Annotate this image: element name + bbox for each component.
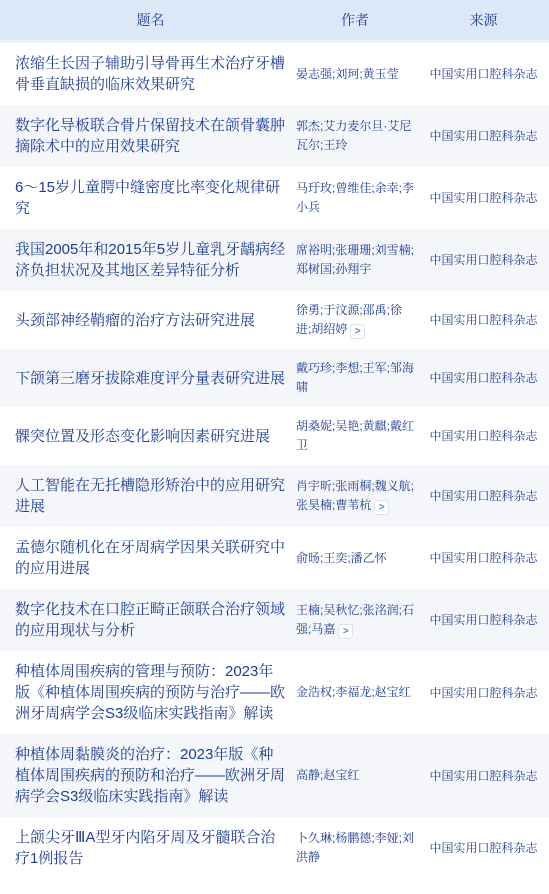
authors-text: 席裕明;张珊珊;刘雪楠;郑树国;孙翔宇: [296, 243, 414, 276]
source-link[interactable]: 中国实用口腔科杂志: [429, 253, 537, 267]
authors-text: 高静;赵宝红: [296, 768, 359, 782]
source-cell: 中国实用口腔科杂志: [418, 487, 549, 505]
authors-cell: 胡桑妮;吴艳;黄麒;戴红卫: [296, 417, 418, 455]
source-cell: 中国实用口腔科杂志: [418, 251, 549, 269]
article-title-link[interactable]: 髁突位置及形态变化影响因素研究进展: [15, 426, 286, 447]
source-link[interactable]: 中国实用口腔科杂志: [429, 429, 537, 443]
source-cell: 中国实用口腔科杂志: [418, 369, 549, 387]
authors-text: 金浩权;李福龙;赵宝红: [296, 685, 411, 699]
title-cell: 上颌尖牙ⅢA型牙内陷牙周及牙髓联合治疗1例报告: [0, 827, 296, 869]
article-title-link[interactable]: 我国2005年和2015年5岁儿童乳牙龋病经济负担状况及其地区差异特征分析: [15, 239, 286, 281]
source-cell: 中国实用口腔科杂志: [418, 65, 549, 83]
source-cell: 中国实用口腔科杂志: [418, 189, 549, 207]
title-cell: 浓缩生长因子辅助引导骨再生术治疗牙槽骨垂直缺损的临床效果研究: [0, 53, 296, 95]
source-cell: 中国实用口腔科杂志: [418, 684, 549, 702]
authors-cell: 高静;赵宝红: [296, 766, 418, 785]
title-cell: 髁突位置及形态变化影响因素研究进展: [0, 426, 296, 447]
source-link[interactable]: 中国实用口腔科杂志: [429, 613, 537, 627]
title-cell: 种植体周黏膜炎的治疗：2023年版《种植体周围疾病的预防和治疗——欧洲牙周病学会…: [0, 744, 296, 807]
source-link[interactable]: 中国实用口腔科杂志: [429, 371, 537, 385]
table-row: 髁突位置及形态变化影响因素研究进展 胡桑妮;吴艳;黄麒;戴红卫 中国实用口腔科杂…: [0, 407, 549, 465]
authors-cell: 卜久琳;杨鹏德;李娅;刘洪静: [296, 829, 418, 867]
article-title-link[interactable]: 头颈部神经鞘瘤的治疗方法研究进展: [15, 310, 286, 331]
authors-text: 郭杰;艾力麦尔旦·艾尼瓦尔;王玲: [296, 119, 411, 152]
authors-text: 马玗玫;曾维佳;余幸;李小兵: [296, 181, 414, 214]
title-cell: 种植体周围疾病的管理与预防：2023年版《种植体周围疾病的预防与治疗——欧洲牙周…: [0, 661, 296, 724]
authors-text: 肖宇昕;张雨桐;魏义航;张昊楠;曹苇杭: [296, 479, 414, 512]
expand-authors-icon[interactable]: >: [374, 500, 389, 515]
title-cell: 孟德尔随机化在牙周病学因果关联研究中的应用进展: [0, 537, 296, 579]
source-cell: 中国实用口腔科杂志: [418, 549, 549, 567]
authors-cell: 俞旸;王奕;潘乙怀: [296, 549, 418, 568]
article-title-link[interactable]: 下颌第三磨牙拔除难度评分量表研究进展: [15, 368, 286, 389]
table-row: 下颌第三磨牙拔除难度评分量表研究进展 戴巧珍;李想;王军;邹海啸 中国实用口腔科…: [0, 349, 549, 407]
table-row: 孟德尔随机化在牙周病学因果关联研究中的应用进展 俞旸;王奕;潘乙怀 中国实用口腔…: [0, 527, 549, 589]
authors-cell: 郭杰;艾力麦尔旦·艾尼瓦尔;王玲: [296, 117, 418, 155]
title-cell: 头颈部神经鞘瘤的治疗方法研究进展: [0, 310, 296, 331]
title-cell: 6～15岁儿童腭中缝密度比率变化规律研究: [0, 177, 296, 219]
table-header: 题名 作者 来源: [0, 0, 549, 43]
source-cell: 中国实用口腔科杂志: [418, 767, 549, 785]
article-title-link[interactable]: 种植体周围疾病的管理与预防：2023年版《种植体周围疾病的预防与治疗——欧洲牙周…: [15, 661, 286, 724]
source-cell: 中国实用口腔科杂志: [418, 127, 549, 145]
source-link[interactable]: 中国实用口腔科杂志: [429, 686, 537, 700]
header-authors: 作者: [296, 10, 418, 30]
table-row: 浓缩生长因子辅助引导骨再生术治疗牙槽骨垂直缺损的临床效果研究 晏志强;刘珂;黄玉…: [0, 43, 549, 105]
header-title: 题名: [0, 10, 296, 30]
article-title-link[interactable]: 数字化导板联合骨片保留技术在颌骨囊肿摘除术中的应用效果研究: [15, 115, 286, 157]
authors-cell: 戴巧珍;李想;王军;邹海啸: [296, 359, 418, 397]
authors-text: 胡桑妮;吴艳;黄麒;戴红卫: [296, 419, 414, 452]
article-title-link[interactable]: 数字化技术在口腔正畸正颌联合治疗领域的应用现状与分析: [15, 599, 286, 641]
table-row: 数字化技术在口腔正畸正颌联合治疗领域的应用现状与分析 王楠;吴秋忆;张洺润;石强…: [0, 589, 549, 651]
authors-cell: 徐勇;于汶源;邵禹;徐进;胡绍婷>: [296, 301, 418, 339]
source-cell: 中国实用口腔科杂志: [418, 611, 549, 629]
title-cell: 下颌第三磨牙拔除难度评分量表研究进展: [0, 368, 296, 389]
source-link[interactable]: 中国实用口腔科杂志: [429, 841, 537, 855]
authors-cell: 马玗玫;曾维佳;余幸;李小兵: [296, 179, 418, 217]
authors-cell: 席裕明;张珊珊;刘雪楠;郑树国;孙翔宇: [296, 241, 418, 279]
source-cell: 中国实用口腔科杂志: [418, 311, 549, 329]
source-cell: 中国实用口腔科杂志: [418, 839, 549, 857]
title-cell: 数字化技术在口腔正畸正颌联合治疗领域的应用现状与分析: [0, 599, 296, 641]
authors-cell: 金浩权;李福龙;赵宝红: [296, 683, 418, 702]
article-title-link[interactable]: 浓缩生长因子辅助引导骨再生术治疗牙槽骨垂直缺损的临床效果研究: [15, 53, 286, 95]
source-link[interactable]: 中国实用口腔科杂志: [429, 67, 537, 81]
authors-text: 徐勇;于汶源;邵禹;徐进;胡绍婷: [296, 303, 402, 336]
expand-authors-icon[interactable]: >: [338, 624, 353, 639]
table-row: 种植体周围疾病的管理与预防：2023年版《种植体周围疾病的预防与治疗——欧洲牙周…: [0, 651, 549, 734]
title-cell: 数字化导板联合骨片保留技术在颌骨囊肿摘除术中的应用效果研究: [0, 115, 296, 157]
authors-text: 俞旸;王奕;潘乙怀: [296, 551, 387, 565]
authors-cell: 晏志强;刘珂;黄玉莹: [296, 65, 418, 84]
article-title-link[interactable]: 上颌尖牙ⅢA型牙内陷牙周及牙髓联合治疗1例报告: [15, 827, 286, 869]
table-body: 浓缩生长因子辅助引导骨再生术治疗牙槽骨垂直缺损的临床效果研究 晏志强;刘珂;黄玉…: [0, 43, 549, 879]
table-row: 人工智能在无托槽隐形矫治中的应用研究进展 肖宇昕;张雨桐;魏义航;张昊楠;曹苇杭…: [0, 465, 549, 527]
source-link[interactable]: 中国实用口腔科杂志: [429, 551, 537, 565]
source-link[interactable]: 中国实用口腔科杂志: [429, 129, 537, 143]
header-source: 来源: [418, 10, 549, 30]
article-list-page: 题名 作者 来源 浓缩生长因子辅助引导骨再生术治疗牙槽骨垂直缺损的临床效果研究 …: [0, 0, 549, 894]
source-link[interactable]: 中国实用口腔科杂志: [429, 769, 537, 783]
table-row: 6～15岁儿童腭中缝密度比率变化规律研究 马玗玫;曾维佳;余幸;李小兵 中国实用…: [0, 167, 549, 229]
authors-text: 戴巧珍;李想;王军;邹海啸: [296, 361, 414, 394]
article-title-link[interactable]: 6～15岁儿童腭中缝密度比率变化规律研究: [15, 177, 286, 219]
article-title-link[interactable]: 人工智能在无托槽隐形矫治中的应用研究进展: [15, 475, 286, 517]
authors-text: 王楠;吴秋忆;张洺润;石强;马嘉: [296, 603, 414, 636]
authors-cell: 王楠;吴秋忆;张洺润;石强;马嘉>: [296, 601, 418, 639]
authors-text: 晏志强;刘珂;黄玉莹: [296, 67, 399, 81]
article-title-link[interactable]: 孟德尔随机化在牙周病学因果关联研究中的应用进展: [15, 537, 286, 579]
source-cell: 中国实用口腔科杂志: [418, 427, 549, 445]
title-cell: 人工智能在无托槽隐形矫治中的应用研究进展: [0, 475, 296, 517]
table-row: 上颌尖牙ⅢA型牙内陷牙周及牙髓联合治疗1例报告 卜久琳;杨鹏德;李娅;刘洪静 中…: [0, 817, 549, 879]
article-title-link[interactable]: 种植体周黏膜炎的治疗：2023年版《种植体周围疾病的预防和治疗——欧洲牙周病学会…: [15, 744, 286, 807]
expand-authors-icon[interactable]: >: [350, 324, 365, 339]
source-link[interactable]: 中国实用口腔科杂志: [429, 313, 537, 327]
authors-text: 卜久琳;杨鹏德;李娅;刘洪静: [296, 831, 414, 864]
table-row: 种植体周黏膜炎的治疗：2023年版《种植体周围疾病的预防和治疗——欧洲牙周病学会…: [0, 734, 549, 817]
authors-cell: 肖宇昕;张雨桐;魏义航;张昊楠;曹苇杭>: [296, 477, 418, 515]
table-row: 数字化导板联合骨片保留技术在颌骨囊肿摘除术中的应用效果研究 郭杰;艾力麦尔旦·艾…: [0, 105, 549, 167]
table-row: 我国2005年和2015年5岁儿童乳牙龋病经济负担状况及其地区差异特征分析 席裕…: [0, 229, 549, 291]
title-cell: 我国2005年和2015年5岁儿童乳牙龋病经济负担状况及其地区差异特征分析: [0, 239, 296, 281]
source-link[interactable]: 中国实用口腔科杂志: [429, 489, 537, 503]
source-link[interactable]: 中国实用口腔科杂志: [429, 191, 537, 205]
table-row: 头颈部神经鞘瘤的治疗方法研究进展 徐勇;于汶源;邵禹;徐进;胡绍婷> 中国实用口…: [0, 291, 549, 349]
